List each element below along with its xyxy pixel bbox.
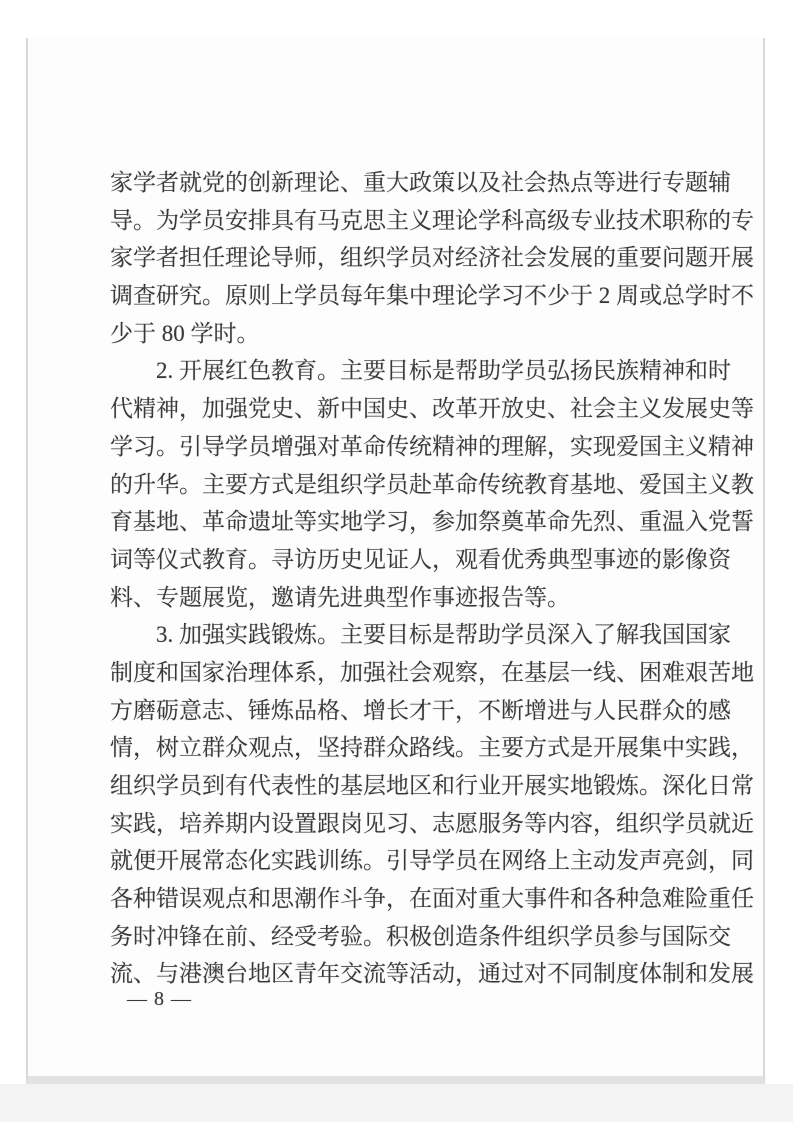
text-line: 流、与港澳台地区青年交流等活动，通过对不同制度体制和发展 [110,955,690,993]
text-line: 的升华。主要方式是组织学员赴革命传统教育基地、爱国主义教 [110,466,690,504]
document-page: 家学者就党的创新理论、重大政策以及社会热点等进行专题辅 导。为学员安排具有马克思… [26,38,765,1084]
text-line: 实践，培养期内设置跟岗见习、志愿服务等内容，组织学员就近 [110,805,690,843]
text-line: 制度和国家治理体系，加强社会观察，在基层一线、困难艰苦地 [110,654,690,692]
body-text: 家学者就党的创新理论、重大政策以及社会热点等进行专题辅 导。为学员安排具有马克思… [110,164,690,993]
text-line: 家学者就党的创新理论、重大政策以及社会热点等进行专题辅 [110,164,690,202]
text-line: 方磨砺意志、锤炼品格、增长才干，不断增进与人民群众的感 [110,692,690,730]
text-line: 务时冲锋在前、经受考验。积极创造条件组织学员参与国际交 [110,918,690,956]
text-line: 学习。引导学员增强对革命传统精神的理解，实现爱国主义精神 [110,428,690,466]
text-line: 导。为学员安排具有马克思主义理论学科高级专业技术职称的专 [110,202,690,240]
text-line: 各种错误观点和思潮作斗争，在面对重大事件和各种急难险重任 [110,880,690,918]
text-line: 育基地、革命遗址等实地学习，参加祭奠革命先烈、重温入党誓 [110,503,690,541]
text-line: 家学者担任理论导师，组织学员对经济社会发展的重要问题开展 [110,239,690,277]
page-number: — 8 — [127,987,192,1011]
text-line: 少于 80 学时。 [110,315,690,353]
text-line: 代精神，加强党史、新中国史、改革开放史、社会主义发展史等 [110,390,690,428]
scanner-background [0,1084,793,1122]
text-line: 2. 开展红色教育。主要目标是帮助学员弘扬民族精神和时 [110,352,690,390]
text-line: 料、专题展览，邀请先进典型作事迹报告等。 [110,579,690,617]
text-line: 组织学员到有代表性的基层地区和行业开展实地锻炼。深化日常 [110,767,690,805]
text-line: 情，树立群众观点，坚持群众路线。主要方式是开展集中实践， [110,729,690,767]
paragraph: 2. 开展红色教育。主要目标是帮助学员弘扬民族精神和时 代精神，加强党史、新中国… [110,352,690,616]
paragraph: 3. 加强实践锻炼。主要目标是帮助学员深入了解我国国家 制度和国家治理体系，加强… [110,616,690,993]
text-line: 词等仪式教育。寻访历史见证人，观看优秀典型事迹的影像资 [110,541,690,579]
text-line: 就便开展常态化实践训练。引导学员在网络上主动发声亮剑，同 [110,842,690,880]
paragraph: 家学者就党的创新理论、重大政策以及社会热点等进行专题辅 导。为学员安排具有马克思… [110,164,690,352]
scanned-document-view: 家学者就党的创新理论、重大政策以及社会热点等进行专题辅 导。为学员安排具有马克思… [0,0,793,1122]
text-line: 3. 加强实践锻炼。主要目标是帮助学员深入了解我国国家 [110,616,690,654]
text-line: 调查研究。原则上学员每年集中理论学习不少于 2 周或总学时不 [110,277,690,315]
